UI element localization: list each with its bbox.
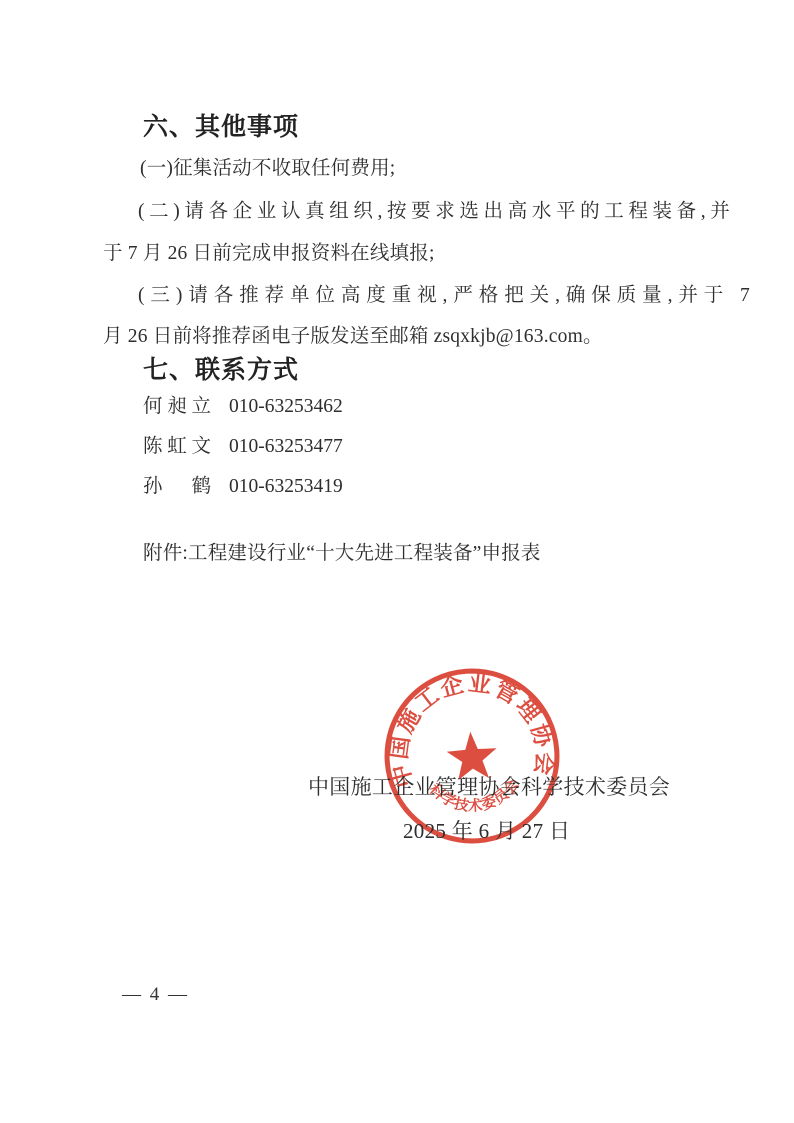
section-contact-heading: 七、联系方式 (143, 354, 299, 387)
section-other-heading: 六、其他事项 (143, 111, 299, 144)
other-item3-line2: 月 26 日前将推荐函电子版发送至邮箱 zsqxkjb@163.com。 (103, 324, 603, 349)
contact-phone: 010-63253419 (229, 476, 343, 497)
document-page: 六、其他事项 (一)征集活动不收取任何费用; (二)请各企业认真组织,按要求选出… (0, 0, 794, 1123)
contact-name: 何昶立 (143, 390, 211, 418)
other-item2-line1: (二)请各企业认真组织,按要求选出高水平的工程装备,并 (138, 199, 730, 224)
contact-phone: 010-63253462 (229, 396, 343, 417)
contact-row: 孙 鹤010-63253419 (143, 470, 343, 498)
contact-name: 孙 鹤 (143, 470, 211, 498)
date-line: 2025 年 6 月 27 日 (403, 815, 570, 845)
contact-row: 何昶立010-63253462 (143, 390, 343, 418)
page-number: — 4 — (122, 984, 189, 1006)
contact-name: 陈虹文 (143, 430, 211, 458)
other-item2-line2: 于 7 月 26 日前完成申报资料在线填报; (103, 241, 435, 266)
other-item3-line1: (三)请各推荐单位高度重视,严格把关,确保质量,并于 7 (138, 283, 750, 308)
contact-row: 陈虹文010-63253477 (143, 430, 343, 458)
other-item1: (一)征集活动不收取任何费用; (140, 156, 395, 181)
signature-line: 中国施工企业管理协会科学技术委员会 (308, 771, 670, 801)
attachment-line: 附件:工程建设行业“十大先进工程装备”申报表 (143, 541, 541, 566)
contact-phone: 010-63253477 (229, 436, 343, 457)
